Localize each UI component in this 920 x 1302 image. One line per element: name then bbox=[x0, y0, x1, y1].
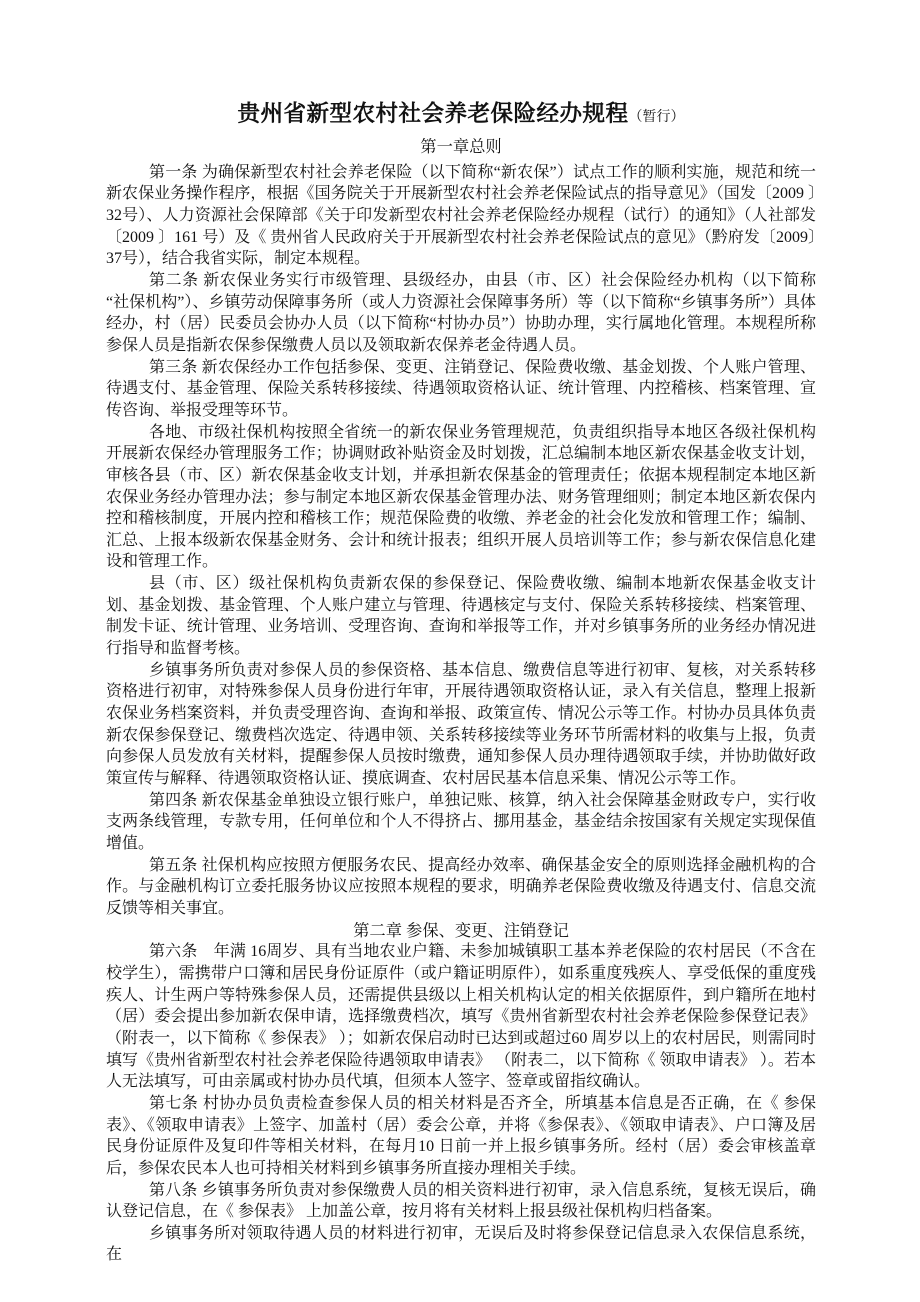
article-5-paragraph: 第五条 社保机构应按照方便服务农民、提高经办效率、确保基金安全的原则选择金融机构… bbox=[106, 855, 816, 920]
article-6-paragraph: 第六条 年满 16周岁、具有当地农业户籍、未参加城镇职工基本养老保险的农村居民（… bbox=[106, 941, 816, 1093]
article-1-paragraph: 第一条 为确保新型农村社会养老保险（以下简称“新农保”）试点工作的顺利实施，规范… bbox=[106, 162, 816, 270]
article-3-city-level-duties-paragraph: 各地、市级社保机构按照全省统一的新农保业务管理规范，负责组织指导本地区各级社保机… bbox=[106, 422, 816, 574]
article-4-paragraph: 第四条 新农保基金单独设立银行账户，单独记账、核算，纳入社会保障基金财政专户，实… bbox=[106, 790, 816, 855]
article-3-township-office-duties-paragraph: 乡镇事务所负责对参保人员的参保资格、基本信息、缴费信息等进行初审、复核，对关系转… bbox=[106, 660, 816, 790]
article-7-paragraph: 第七条 村协办员负责检查参保人员的相关材料是否齐全，所填基本信息是否正确，在《 … bbox=[106, 1093, 816, 1180]
chapter-2-heading: 第二章 参保、变更、注销登记 bbox=[106, 920, 816, 942]
article-8-continuation-paragraph: 乡镇事务所对领取待遇人员的材料进行初审，无误后及时将参保登记信息录入农保信息系统… bbox=[106, 1223, 816, 1266]
article-3-county-level-duties-paragraph: 县（市、区）级社保机构负责新农保的参保登记、保险费收缴、编制本地新农保基金收支计… bbox=[106, 573, 816, 660]
document-title-suffix: （暂行） bbox=[629, 110, 685, 125]
article-3-paragraph: 第三条 新农保经办工作包括参保、变更、注销登记、保险费收缴、基金划拨、个人账户管… bbox=[106, 357, 816, 422]
document-page: 贵州省新型农村社会养老保险经办规程（暂行） 第一章总则 第一条 为确保新型农村社… bbox=[0, 0, 920, 1302]
chapter-1-heading: 第一章总则 bbox=[106, 136, 816, 158]
document-title: 贵州省新型农村社会养老保险经办规程（暂行） bbox=[106, 99, 816, 133]
document-title-main: 贵州省新型农村社会养老保险经办规程 bbox=[237, 101, 628, 126]
article-8-paragraph: 第八条 乡镇事务所负责对参保缴费人员的相关资料进行初审，录入信息系统，复核无误后… bbox=[106, 1180, 816, 1223]
article-2-paragraph: 第二条 新农保业务实行市级管理、县级经办，由县（市、区）社会保险经办机构（以下简… bbox=[106, 270, 816, 357]
